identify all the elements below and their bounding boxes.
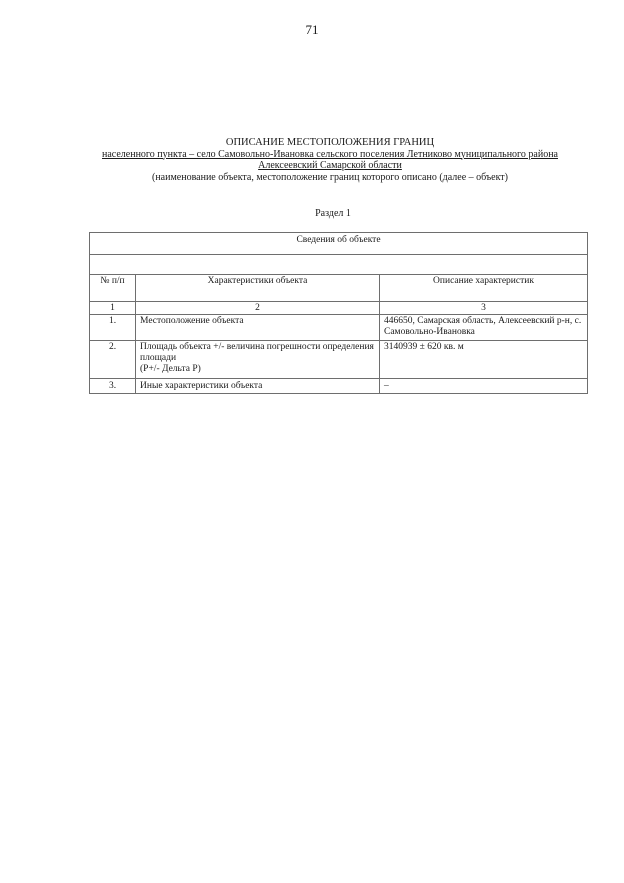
header-number: № п/п [90, 275, 136, 302]
table-row: 1. Местоположение объекта 446650, Самарс… [90, 315, 588, 341]
header-characteristic: Характеристики объекта [136, 275, 380, 302]
row-description: 3140939 ± 620 кв. м [380, 341, 588, 379]
object-caption: (наименование объекта, местоположение гр… [80, 172, 580, 184]
row-characteristic-text: Площадь объекта +/- величина погрешности… [140, 342, 375, 364]
table-row: 3. Иные характеристики объекта – [90, 379, 588, 394]
header-description: Описание характеристик [380, 275, 588, 302]
document-title-block: ОПИСАНИЕ МЕСТОПОЛОЖЕНИЯ ГРАНИЦ населенно… [80, 137, 580, 183]
section-label: Раздел 1 [0, 208, 624, 219]
row-number: 1. [90, 315, 136, 341]
table-row: 2. Площадь объекта +/- величина погрешно… [90, 341, 588, 379]
column-number-2: 2 [136, 302, 380, 315]
table-empty-row [90, 255, 588, 275]
table-column-numbers-row: 1 2 3 [90, 302, 588, 315]
object-name-line-2: Алексеевский Самарской области [80, 160, 580, 172]
row-description: 446650, Самарская область, Алексеевский … [380, 315, 588, 341]
table-header-row: № п/п Характеристики объекта Описание ха… [90, 275, 588, 302]
row-characteristic: Площадь объекта +/- величина погрешности… [136, 341, 380, 379]
row-number: 2. [90, 341, 136, 379]
row-number: 3. [90, 379, 136, 394]
row-characteristic: Местоположение объекта [136, 315, 380, 341]
column-number-1: 1 [90, 302, 136, 315]
page-number: 71 [0, 22, 624, 38]
document-title: ОПИСАНИЕ МЕСТОПОЛОЖЕНИЯ ГРАНИЦ [80, 137, 580, 149]
column-number-3: 3 [380, 302, 588, 315]
row-characteristic: Иные характеристики объекта [136, 379, 380, 394]
object-info-table: Сведения об объекте № п/п Характеристики… [89, 232, 588, 394]
object-name-line-1: населенного пункта – село Самовольно-Ива… [80, 149, 580, 161]
table-caption: Сведения об объекте [90, 233, 588, 255]
row-description: – [380, 379, 588, 394]
row-characteristic-formula: (Р+/- Дельта Р) [140, 364, 375, 375]
